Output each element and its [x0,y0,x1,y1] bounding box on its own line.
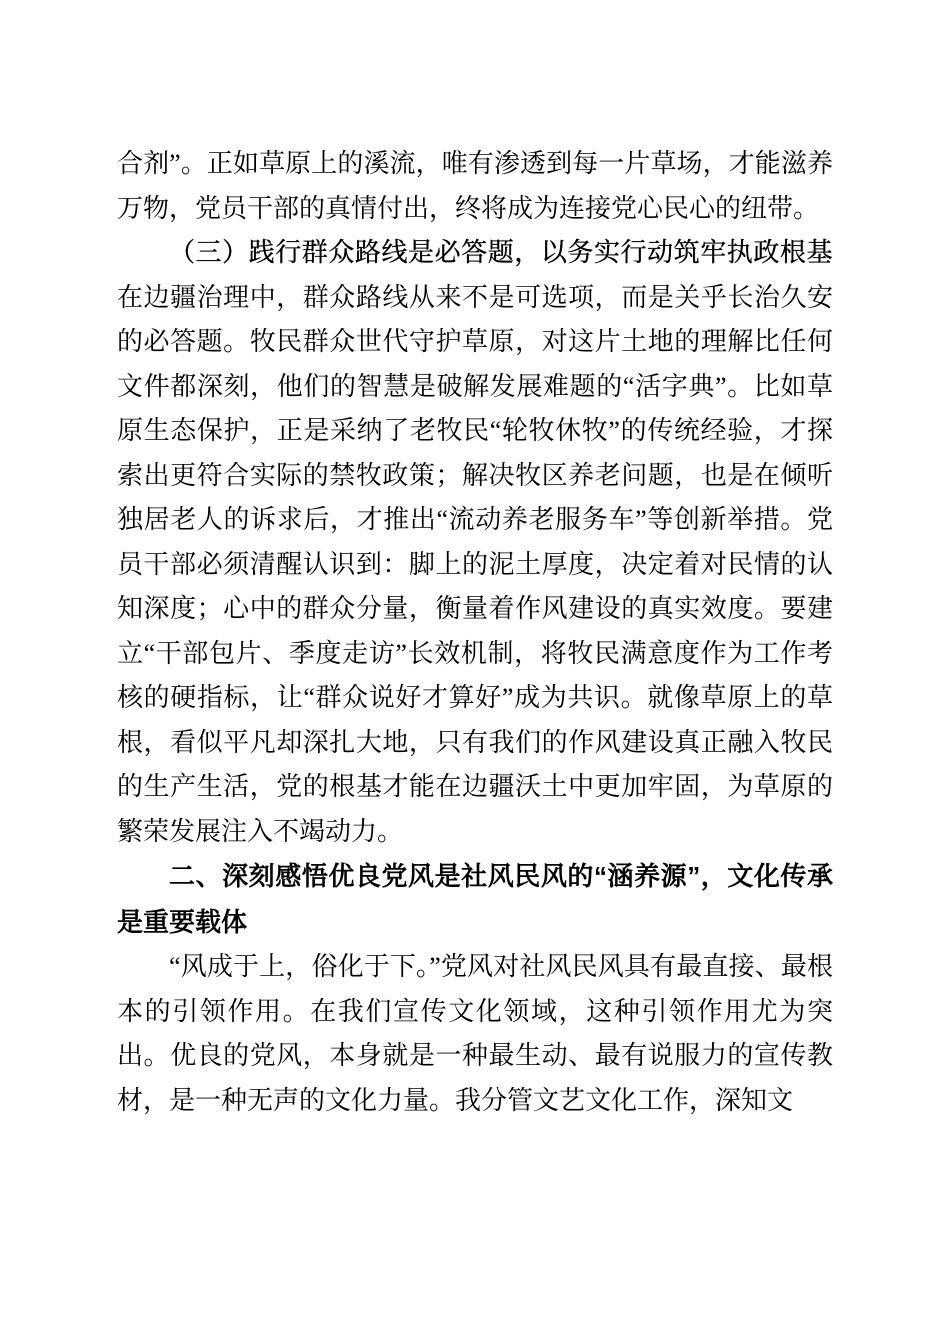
document-page: 合剂”。正如草原上的溪流，唯有渗透到每一片草场，才能滋养万物，党员干部的真情付出… [0,0,950,1344]
paragraph-p2-section-three: （三）践行群众路线是必答题，以务实行动筑牢执政根基在边疆治理中，群众路线从来不是… [117,231,833,854]
document-body: 合剂”。正如草原上的溪流，唯有渗透到每一片草场，才能滋养万物，党员干部的真情付出… [117,142,833,1123]
text-run: 在边疆治理中，群众路线从来不是可选项，而是关乎长治久安的必答题。牧民群众世代守护… [117,283,833,846]
paragraph-p3-section-two-heading: 二、深刻感悟优良党风是社风民风的“涵养源”，文化传承是重要载体 [117,854,833,945]
paragraph-p1-continuation: 合剂”。正如草原上的溪流，唯有渗透到每一片草场，才能滋养万物，党员干部的真情付出… [117,142,833,231]
heading2-run: 二、深刻感悟优良党风是社风民风的“涵养源”，文化传承是重要载体 [117,861,833,937]
text-run: 合剂”。正如草原上的溪流，唯有渗透到每一片草场，才能滋养万物，党员干部的真情付出… [117,149,833,223]
paragraph-p4-body: “风成于上，俗化于下。”党风对社风民风具有最直接、最根本的引领作用。在我们宣传文… [117,945,833,1123]
heading3-run: （三）践行群众路线是必答题，以务实行动筑牢执政根基 [169,238,833,267]
text-run: “风成于上，俗化于下。”党风对社风民风具有最直接、最根本的引领作用。在我们宣传文… [117,952,833,1115]
